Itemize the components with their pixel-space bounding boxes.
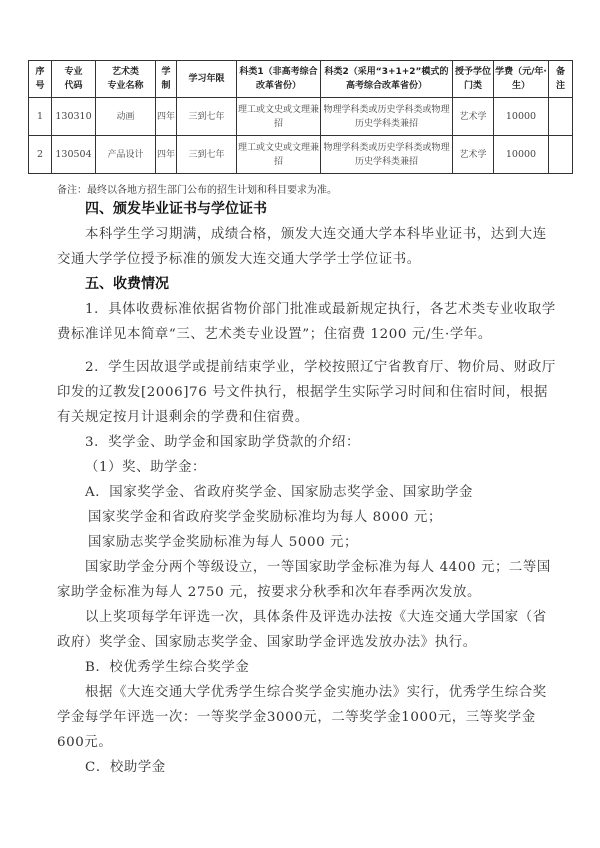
col-header-index: 序 号 bbox=[29, 61, 52, 98]
scholarship-A-heading: A．国家奖学金、省政府奖学金、国家励志奖学金、国家助学金 bbox=[57, 480, 557, 505]
col-header-fee: 学费（元/年·生） bbox=[494, 61, 549, 98]
fee-paragraph-2: 2．学生因故退学或提前结束学业，学校按照辽宁省教育厅、物价局、财政厅印发的辽教发… bbox=[57, 355, 557, 430]
section-5-heading: 五、收费情况 bbox=[57, 272, 557, 297]
cell-degree: 艺术学 bbox=[453, 98, 494, 136]
col-header-code: 专业 代码 bbox=[52, 61, 96, 98]
scholarship-A-line-2: 国家励志奖学金奖励标准为每人 5000 元； bbox=[57, 530, 557, 555]
cell-category2: 物理学科类或历史学科类或物理历史学科类兼招 bbox=[321, 98, 453, 136]
col-header-duration: 学 制 bbox=[156, 61, 177, 98]
cell-name: 动画 bbox=[96, 98, 156, 136]
cell-code: 130310 bbox=[52, 98, 96, 136]
cell-fee: 10000 bbox=[494, 98, 549, 136]
col-header-remark: 备 注 bbox=[549, 61, 573, 98]
table-row: 1 130310 动画 四年 三到七年 理工或文史或文理兼招 物理学科类或历史学… bbox=[29, 98, 573, 136]
cell-code: 130504 bbox=[52, 136, 96, 174]
cell-years: 三到七年 bbox=[177, 98, 237, 136]
cell-duration: 四年 bbox=[156, 98, 177, 136]
cell-fee: 10000 bbox=[494, 136, 549, 174]
document-body: 四、颁发毕业证书与学位证书 本科学生学习期满，成绩合格，颁发大连交通大学本科毕业… bbox=[57, 197, 557, 780]
fee-paragraph-1: 1．具体收费标准依据省物价部门批准或最新规定执行，各艺术类专业收取学费标准详见本… bbox=[57, 297, 557, 347]
scholarship-B-heading: B．校优秀学生综合奖学金 bbox=[57, 655, 557, 680]
cell-index: 1 bbox=[29, 98, 52, 136]
scholarship-B-paragraph: 根据《大连交通大学优秀学生综合奖学金实施办法》实行，优秀学生综合奖学金每学年评选… bbox=[57, 680, 557, 755]
col-header-name: 艺术类 专业名称 bbox=[96, 61, 156, 98]
scholarship-C-heading: C．校助学金 bbox=[57, 755, 557, 780]
scholarship-subheading: （1）奖、助学金： bbox=[57, 455, 557, 480]
cell-category2: 物理学科类或历史学科类或物理历史学科类兼招 bbox=[321, 136, 453, 174]
table-note: 备注：最终以各地方招生部门公布的招生计划和科目要求为准。 bbox=[57, 181, 337, 196]
col-header-category2: 科类2（采用“3+1+2”模式的高考综合改革省份） bbox=[321, 61, 453, 98]
col-header-years: 学习年限 bbox=[177, 61, 237, 98]
section-4-heading: 四、颁发毕业证书与学位证书 bbox=[57, 197, 557, 222]
cell-index: 2 bbox=[29, 136, 52, 174]
scholarship-A-line-4: 以上奖项每学年评选一次，具体条件及评选办法按《大连交通大学国家（省政府）奖学金、… bbox=[57, 605, 557, 655]
table-row: 2 130504 产品设计 四年 三到七年 理工或文史或文理兼招 物理学科类或历… bbox=[29, 136, 573, 174]
scholarship-A-line-1: 国家奖学金和省政府奖学金奖励标准均为每人 8000 元； bbox=[57, 505, 557, 530]
section-4-paragraph: 本科学生学习期满，成绩合格，颁发大连交通大学本科毕业证书，达到大连交通大学学位授… bbox=[57, 222, 557, 272]
cell-remark bbox=[549, 98, 573, 136]
col-header-degree: 授予学位门类 bbox=[453, 61, 494, 98]
cell-degree: 艺术学 bbox=[453, 136, 494, 174]
fee-paragraph-3: 3．奖学金、助学金和国家助学贷款的介绍： bbox=[57, 430, 557, 455]
scholarship-A-line-3: 国家助学金分两个等级设立，一等国家助学金标准为每人 4400 元；二等国家助学金… bbox=[57, 555, 557, 605]
table-header-row: 序 号 专业 代码 艺术类 专业名称 学 制 学习年限 科类1（非高考综合改革省… bbox=[29, 61, 573, 98]
cell-name: 产品设计 bbox=[96, 136, 156, 174]
col-header-category1: 科类1（非高考综合改革省份） bbox=[237, 61, 321, 98]
cell-remark bbox=[549, 136, 573, 174]
cell-category1: 理工或文史或文理兼招 bbox=[237, 136, 321, 174]
majors-table: 序 号 专业 代码 艺术类 专业名称 学 制 学习年限 科类1（非高考综合改革省… bbox=[28, 60, 573, 174]
cell-duration: 四年 bbox=[156, 136, 177, 174]
cell-category1: 理工或文史或文理兼招 bbox=[237, 98, 321, 136]
cell-years: 三到七年 bbox=[177, 136, 237, 174]
